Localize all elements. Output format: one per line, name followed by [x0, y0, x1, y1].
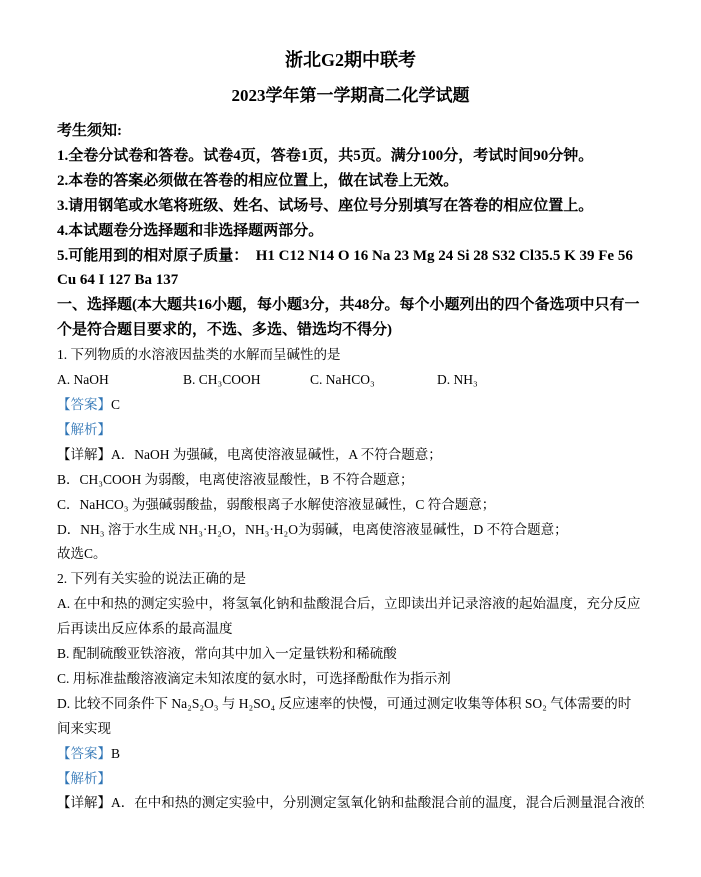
question-1-detail-line: 【详解】A．NaOH 为强碱，电离使溶液显碱性，A 不符合题意； — [57, 443, 644, 468]
question-2-detail-line: 【详解】A．在中和热的测定实验中，分别测定氢氧化钠和盐酸混合前的温度，混合后测量… — [57, 791, 644, 816]
question-1-analysis-label: 【解析】 — [57, 418, 644, 443]
question-1-option-a: A. NaOH — [57, 368, 183, 393]
question-2-option-c: C. 用标准盐酸溶液滴定未知浓度的氨水时，可选择酚酞作为指示剂 — [57, 667, 644, 692]
question-1-options: A. NaOH B. CH₃COOH C. NaHCO₃ D. NH₃ — [57, 368, 644, 393]
question-2-option-a: A. 在中和热的测定实验中，将氢氧化钠和盐酸混合后，立即读出并记录溶液的起始温度… — [57, 592, 644, 642]
notice-item-1: 1.全卷分试卷和答卷。试卷4页，答卷1页，共5页。满分100分，考试时间90分钟… — [57, 144, 644, 169]
question-2-answer-line: 【答案】B — [57, 742, 644, 767]
question-1-detail-line: D．NH₃ 溶于水生成 NH₃·H₂O，NH₃·H₂O为弱碱，电离使溶液显碱性，… — [57, 518, 644, 543]
page-title: 浙北G2期中联考 — [57, 48, 644, 73]
question-1-option-c: C. NaHCO₃ — [310, 368, 437, 393]
notice-item-4: 4.本试题卷分选择题和非选择题两部分。 — [57, 219, 644, 244]
notice-item-5: 5.可能用到的相对原子质量： H1 C12 N14 O 16 Na 23 Mg … — [57, 244, 644, 294]
answer-label: 【答案】 — [57, 397, 111, 412]
document-page: 浙北G2期中联考 2023学年第一学期高二化学试题 考生须知: 1.全卷分试卷和… — [0, 0, 701, 877]
question-1-detail-line: B．CH₃COOH 为弱酸，电离使溶液显酸性，B 不符合题意； — [57, 468, 644, 493]
question-2-option-d: D. 比较不同条件下 Na₂S₂O₃ 与 H₂SO₄ 反应速率的快慢，可通过测定… — [57, 692, 644, 742]
answer-value: B — [111, 746, 120, 761]
question-1-answer-line: 【答案】C — [57, 393, 644, 418]
answer-label: 【答案】 — [57, 746, 111, 761]
answer-value: C — [111, 397, 120, 412]
question-1-detail-line: C．NaHCO₃ 为强碱弱酸盐，弱酸根离子水解使溶液显碱性，C 符合题意； — [57, 493, 644, 518]
question-1-stem: 1. 下列物质的水溶液因盐类的水解而呈碱性的是 — [57, 343, 644, 368]
question-1-option-b: B. CH₃COOH — [183, 368, 310, 393]
notice-item-3: 3.请用钢笔或水笔将班级、姓名、试场号、座位号分别填写在答卷的相应位置上。 — [57, 194, 644, 219]
question-2-option-b: B. 配制硫酸亚铁溶液，常向其中加入一定量铁粉和稀硫酸 — [57, 642, 644, 667]
page-subtitle: 2023学年第一学期高二化学试题 — [57, 83, 644, 108]
document-body: 考生须知: 1.全卷分试卷和答卷。试卷4页，答卷1页，共5页。满分100分，考试… — [57, 119, 644, 816]
question-2-stem: 2. 下列有关实验的说法正确的是 — [57, 567, 644, 592]
section-heading: 一、选择题(本大题共16小题，每小题3分，共48分。每个小题列出的四个备选项中只… — [57, 293, 644, 343]
question-2-analysis-label: 【解析】 — [57, 767, 644, 792]
question-1-detail-line: 故选C。 — [57, 542, 644, 567]
notice-heading: 考生须知: — [57, 119, 644, 144]
question-2: 2. 下列有关实验的说法正确的是 A. 在中和热的测定实验中，将氢氧化钠和盐酸混… — [57, 567, 644, 816]
question-1-option-d: D. NH₃ — [437, 368, 644, 393]
notice-item-2: 2.本卷的答案必须做在答卷的相应位置上，做在试卷上无效。 — [57, 169, 644, 194]
question-1: 1. 下列物质的水溶液因盐类的水解而呈碱性的是 A. NaOH B. CH₃CO… — [57, 343, 644, 567]
